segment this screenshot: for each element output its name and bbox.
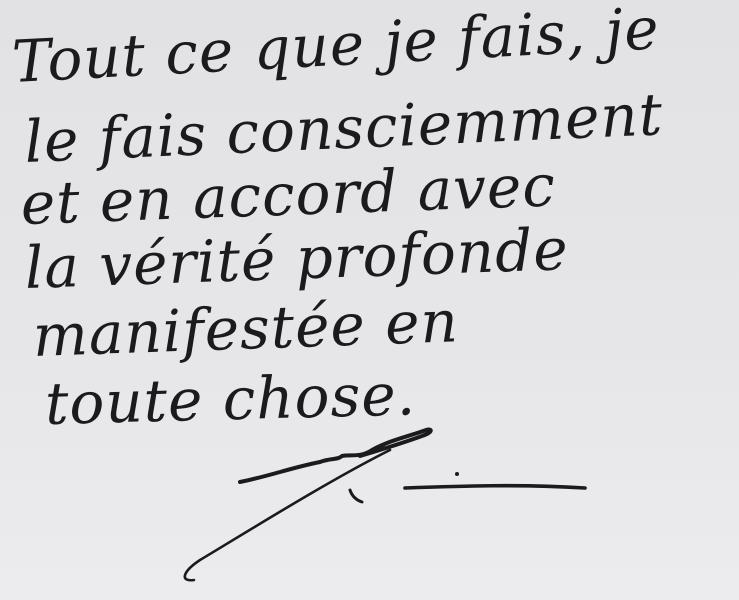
handwritten-note-paper: Tout ce que je fais, je le fais consciem… <box>0 0 739 600</box>
note-line-1: Tout ce que je fais, je <box>10 0 661 96</box>
note-line-5: manifestée en <box>32 287 460 370</box>
signature-mark <box>160 410 600 590</box>
